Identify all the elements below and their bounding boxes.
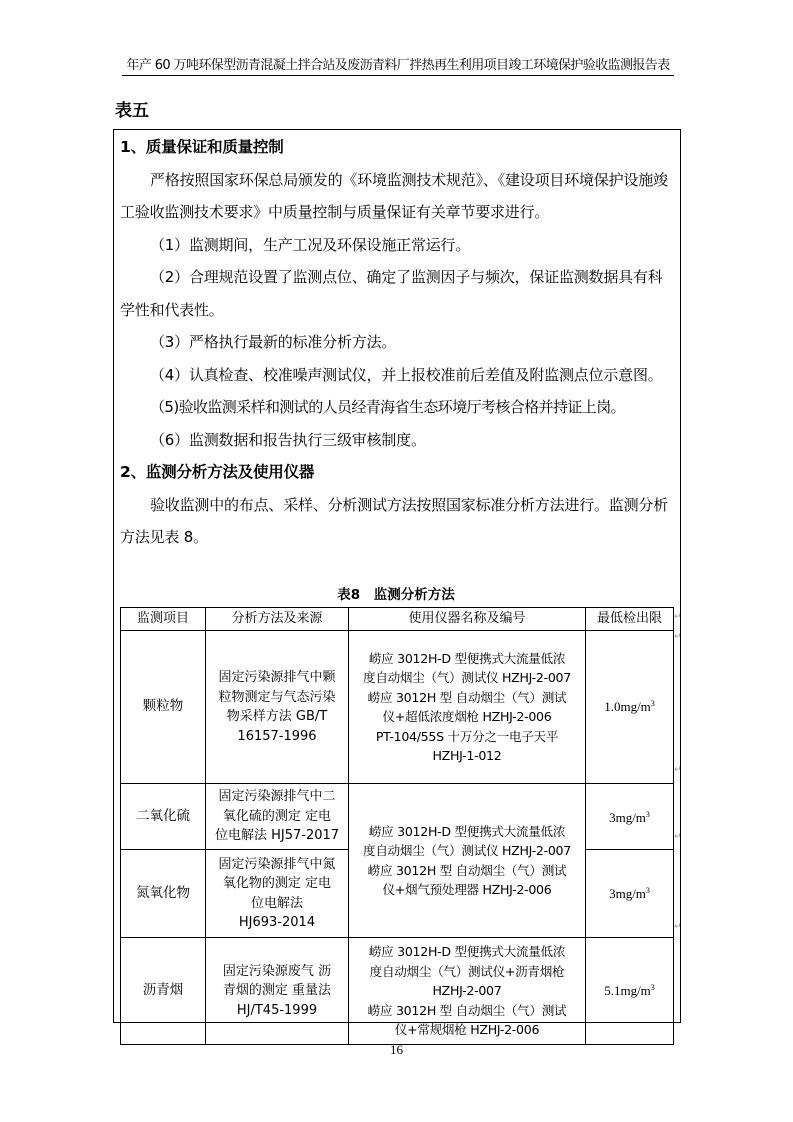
method-line: HJ/T45-1999 (208, 1001, 346, 1021)
table-row: 二氧化硫 固定污染源排气中二 氧化硫的测定 定电 位电解法 HJ57-2017 … (121, 784, 674, 850)
instrument-line: 仪+超低浓度烟枪 HZHJ-2-006 (351, 707, 583, 727)
quality-item-3: （3）严格执行最新的标准分析方法。 (120, 326, 676, 359)
instrument-line: 崂应 3012H-D 型便携式大流量低浓 (351, 942, 583, 962)
quality-heading: 1、质量保证和质量控制 (120, 131, 676, 164)
instrument-cell-shared: 崂应 3012H-D 型便携式大流量低浓 度自动烟尘（气）测试仪 HZHJ-2-… (349, 784, 586, 938)
method-line: 物采样方法 GB/T (208, 707, 346, 727)
running-header-title: 年产 60 万吨环保型沥青混凝土拌合站及废沥青料厂拌热再生利用项目竣工环境保护验… (122, 58, 674, 76)
method-cell: 固定污染源排气中颗 粒物测定与气态污染 物采样方法 GB/T 16157-199… (206, 631, 349, 784)
limit-unit-exponent: 3 (646, 810, 650, 819)
limit-value: 3mg/m (609, 886, 646, 901)
paragraph-mark-icon: ↵ (674, 832, 682, 842)
column-header-instrument: 使用仪器名称及编号 (349, 608, 586, 631)
item-cell: 沥青烟 (121, 938, 206, 1045)
detection-limit-cell: 5.1mg/m3 (586, 938, 674, 1045)
method-line: 固定污染源废气 沥 (208, 962, 346, 982)
quality-item-4: （4）认真检查、校准噪声测试仪，并上报校准前后差值及附监测点位示意图。 (120, 359, 676, 392)
column-header-item: 监测项目 (121, 608, 206, 631)
table-row: 沥青烟 固定污染源废气 沥 青烟的测定 重量法 HJ/T45-1999 崂应 3… (121, 938, 674, 1045)
detection-limit-cell: 1.0mg/m3 (586, 631, 674, 784)
method-cell: 固定污染源排气中二 氧化硫的测定 定电 位电解法 HJ57-2017 (206, 784, 349, 850)
quality-item-6: （6）监测数据和报告执行三级审核制度。 (120, 424, 676, 457)
table-row: 颗粒物 固定污染源排气中颗 粒物测定与气态污染 物采样方法 GB/T 16157… (121, 631, 674, 784)
table-caption: 表8 监测分析方法 (120, 585, 672, 605)
method-line: 位电解法 HJ57-2017 (208, 826, 346, 846)
detection-limit-cell: 3mg/m3 (586, 850, 674, 938)
method-line: 位电解法 (208, 894, 346, 914)
instrument-line: 仪+常规烟枪 HZHJ-2-006 (351, 1020, 583, 1040)
instrument-line: 崂应 3012H 型 自动烟尘（气）测试 (351, 861, 583, 881)
paragraph-mark-icon: ↵ (674, 922, 682, 932)
instrument-line: PT-104/55S 十万分之一电子天平 (351, 727, 583, 747)
limit-unit-exponent: 3 (651, 699, 655, 708)
column-header-method: 分析方法及来源 (206, 608, 349, 631)
instrument-line: 崂应 3012H-D 型便携式大流量低浓 (351, 822, 583, 842)
limit-unit-exponent: 3 (651, 983, 655, 992)
instrument-line: 崂应 3012H 型 自动烟尘（气）测试 (351, 688, 583, 708)
table-header-row: 监测项目 分析方法及来源 使用仪器名称及编号 最低检出限 (121, 608, 674, 631)
instrument-line: HZHJ-2-007 (351, 981, 583, 1001)
limit-value: 5.1mg/m (604, 983, 651, 998)
methods-heading: 2、监测分析方法及使用仪器 (120, 456, 676, 489)
limit-value: 3mg/m (609, 810, 646, 825)
methods-intro: 验收监测中的布点、采样、分析测试方法按照国家标准分析方法进行。监测分析方法见表 … (120, 489, 676, 554)
paragraph-mark-icon: ↵ (674, 632, 682, 642)
section-content: 1、质量保证和质量控制 严格按照国家环保总局颁发的《环境监测技术规范》、《建设项… (120, 131, 676, 554)
instrument-line: 度自动烟尘（气）测试仪+沥青烟枪 (351, 962, 583, 982)
method-cell: 固定污染源废气 沥 青烟的测定 重量法 HJ/T45-1999 (206, 938, 349, 1045)
method-line: 16157-1996 (208, 727, 346, 747)
instrument-line: 仪+烟气预处理器 HZHJ-2-006 (351, 880, 583, 900)
method-line: 氧化硫的测定 定电 (208, 807, 346, 827)
quality-item-2: （2）合理规范设置了监测点位、确定了监测因子与频次，保证监测数据具有科学性和代表… (120, 261, 676, 326)
detection-limit-cell: 3mg/m3 (586, 784, 674, 850)
instrument-line: HZHJ-1-012 (351, 746, 583, 766)
method-line: HJ693-2014 (208, 913, 346, 933)
method-line: 氧化物的测定 定电 (208, 874, 346, 894)
paragraph-mark-icon: ↵ (674, 612, 682, 622)
method-line: 粒物测定与气态污染 (208, 688, 346, 708)
column-header-limit: 最低检出限 (586, 608, 674, 631)
method-line: 固定污染源排气中颗 (208, 668, 346, 688)
method-line: 青烟的测定 重量法 (208, 981, 346, 1001)
method-line: 固定污染源排气中二 (208, 787, 346, 807)
method-line: 固定污染源排气中氮 (208, 855, 346, 875)
quality-intro: 严格按照国家环保总局颁发的《环境监测技术规范》、《建设项目环境保护设施竣工验收监… (120, 164, 676, 229)
limit-unit-exponent: 3 (646, 886, 650, 895)
limit-value: 1.0mg/m (604, 699, 651, 714)
instrument-line: 度自动烟尘（气）测试仪 HZHJ-2-007 (351, 841, 583, 861)
item-cell: 颗粒物 (121, 631, 206, 784)
page-number: 16 (0, 1042, 793, 1058)
item-cell: 氮氧化物 (121, 850, 206, 938)
item-cell: 二氧化硫 (121, 784, 206, 850)
instrument-line: 崂应 3012H 型 自动烟尘（气）测试 (351, 1001, 583, 1021)
instrument-line: 崂应 3012H-D 型便携式大流量低浓 (351, 649, 583, 669)
section-label: 表五 (115, 100, 149, 122)
instrument-line: 度自动烟尘（气）测试仪 HZHJ-2-007 (351, 668, 583, 688)
quality-item-5: （5)验收监测采样和测试的人员经青海省生态环境厅考核合格并持证上岗。 (120, 391, 676, 424)
method-cell: 固定污染源排气中氮 氧化物的测定 定电 位电解法 HJ693-2014 (206, 850, 349, 938)
paragraph-mark-icon: ↵ (674, 765, 682, 775)
monitoring-methods-table: 监测项目 分析方法及来源 使用仪器名称及编号 最低检出限 颗粒物 固定污染源排气… (120, 607, 674, 1045)
instrument-cell: 崂应 3012H-D 型便携式大流量低浓 度自动烟尘（气）测试仪 HZHJ-2-… (349, 631, 586, 784)
instrument-cell: 崂应 3012H-D 型便携式大流量低浓 度自动烟尘（气）测试仪+沥青烟枪 HZ… (349, 938, 586, 1045)
quality-item-1: （1）监测期间，生产工况及环保设施正常运行。 (120, 229, 676, 262)
